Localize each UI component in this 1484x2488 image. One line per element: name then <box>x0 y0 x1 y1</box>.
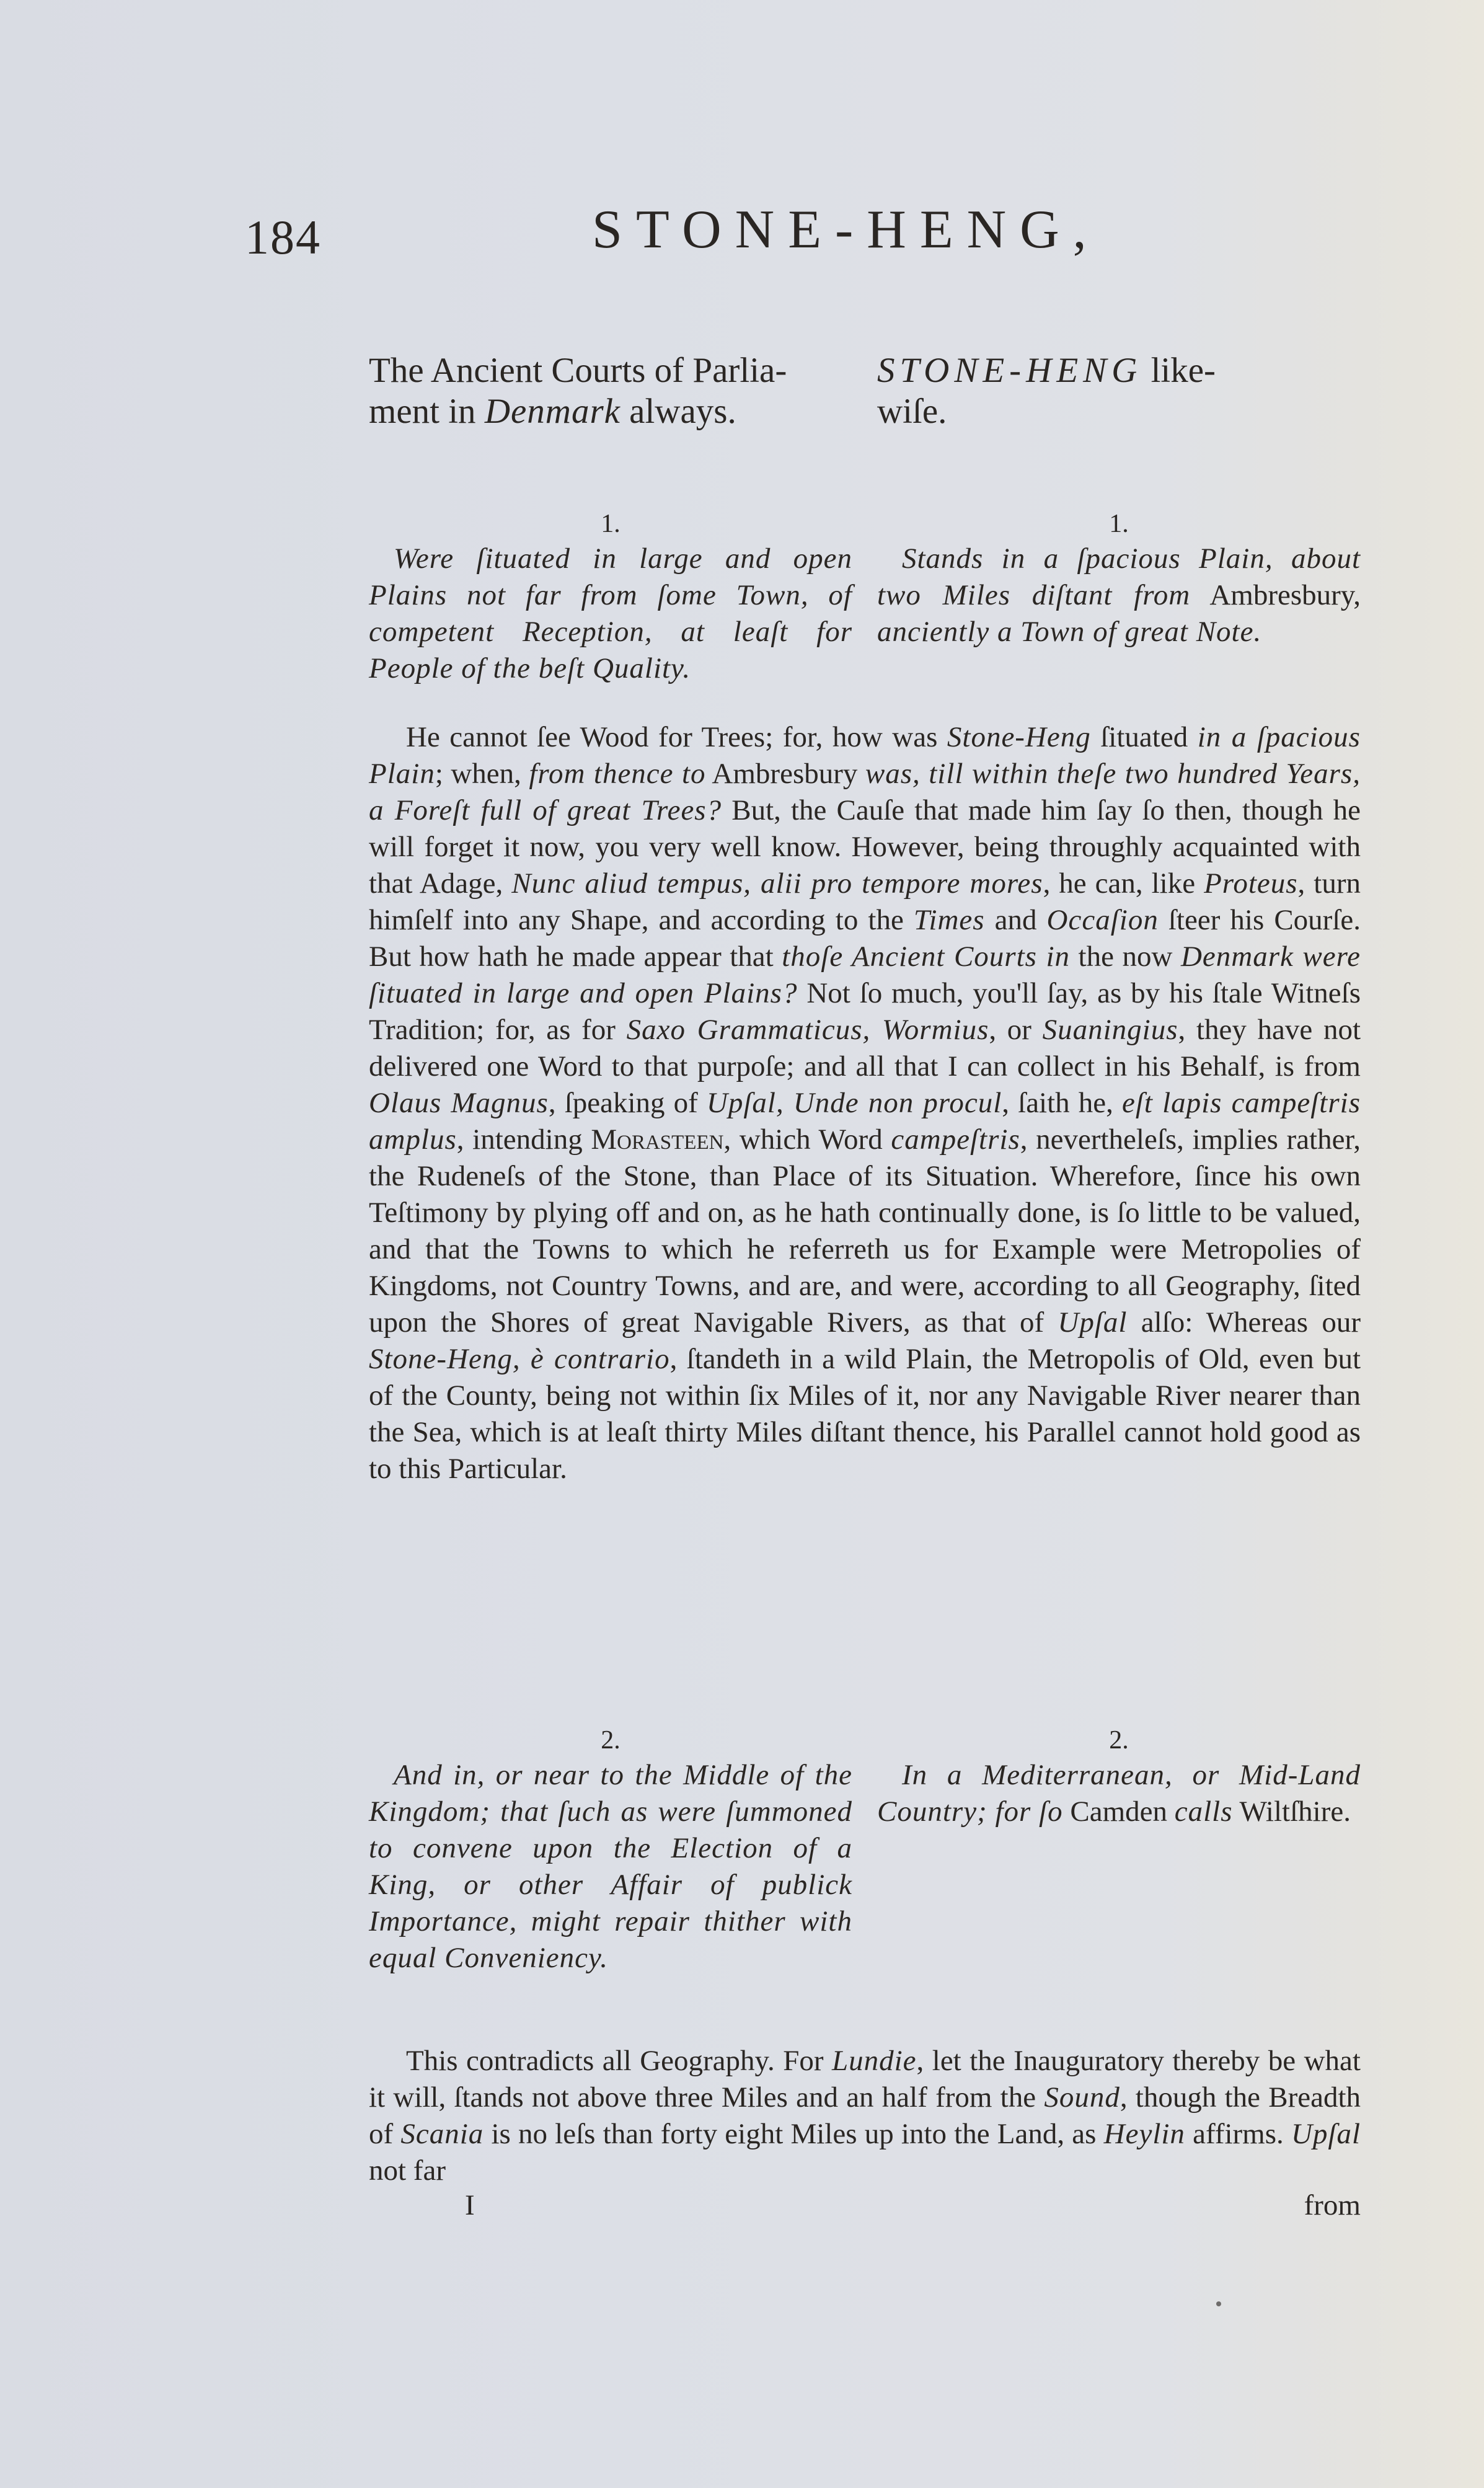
text-run: , ſpeaking of <box>549 1087 707 1119</box>
section-2-right-text: In a Mediterranean, or Mid-Land Country;… <box>877 1757 1361 1830</box>
text-run: Olaus Magnus <box>369 1087 549 1119</box>
section-1-right-text: Stands in a ſpacious Plain, about two Mi… <box>877 541 1361 650</box>
section-1-left: 1. Were ſituated in large and open Plain… <box>369 507 852 687</box>
text-run: , which Word <box>723 1123 891 1156</box>
text-run: Occaſion <box>1047 904 1159 936</box>
running-head: 184 STONE-HENG, <box>245 198 1361 279</box>
section-number: 2. <box>369 1724 852 1757</box>
text-run: alſo: Whereas our <box>1127 1306 1361 1339</box>
text-run: campeſtris <box>891 1123 1020 1156</box>
text-run: , he can, like <box>1043 867 1204 900</box>
text-span: calls <box>1175 1795 1233 1828</box>
page-title: STONE-HENG, <box>592 198 1100 261</box>
heading-right-italic: STONE-HENG <box>877 351 1142 390</box>
text-span: Ambresbury, <box>1190 579 1361 611</box>
section-number: 2. <box>877 1724 1361 1757</box>
section-1: 1. Were ſituated in large and open Plain… <box>369 507 1361 687</box>
text-run: Morasteen <box>591 1123 723 1156</box>
text-run: Lundie <box>832 2045 917 2077</box>
body-paragraph-1: He cannot ſee Wood for Trees; for, how w… <box>369 719 1361 1487</box>
section-1-right: 1. Stands in a ſpacious Plain, about two… <box>877 507 1361 687</box>
text-run: and <box>985 904 1047 936</box>
text-run: Upſal <box>1058 1306 1127 1339</box>
page-number: 184 <box>245 210 321 265</box>
paragraph-text: He cannot ſee Wood for Trees; for, how w… <box>369 719 1361 1487</box>
text-run: Suaningius <box>1043 1014 1178 1046</box>
catchword: from <box>1304 2189 1361 2222</box>
text-span: anciently a Town of great Note. <box>877 616 1261 648</box>
text-run: Upſal <box>1291 2118 1361 2150</box>
heading-right-line2: wiſe. <box>877 392 947 431</box>
left-column-heading: The Ancient Courts of Parlia- ment in De… <box>369 350 852 432</box>
heading-left-line2-end: always. <box>621 392 736 431</box>
section-2-right: 2. In a Mediterranean, or Mid-Land Count… <box>877 1724 1361 1977</box>
heading-left-italic: Denmark <box>485 392 621 431</box>
right-column-heading: STONE-HENG like- wiſe. <box>877 350 1361 432</box>
text-run: ; when, <box>435 758 529 790</box>
heading-right-line1-end: like- <box>1142 351 1216 390</box>
text-run: Stone-Heng, è contrario <box>369 1343 670 1375</box>
text-run: Stone-Heng <box>947 721 1091 753</box>
book-page: 184 STONE-HENG, The Ancient Courts of Pa… <box>0 0 1484 2488</box>
section-number: 1. <box>877 507 1361 541</box>
text-run: Saxo Grammaticus, Wormius <box>627 1014 989 1046</box>
text-run: from thence to <box>529 758 705 790</box>
text-run: Times <box>914 904 985 936</box>
text-run: ſituated <box>1091 721 1198 753</box>
text-run: is no leſs than forty eight Miles up int… <box>484 2118 1103 2150</box>
text-run: affirms. <box>1185 2118 1291 2150</box>
text-run: This contradicts all Geography. For <box>406 2045 832 2077</box>
body-paragraph-2: This contradicts all Geography. For Lund… <box>369 2043 1361 2189</box>
text-run: Sound <box>1044 2081 1120 2114</box>
text-run: thoſe Ancient Courts in <box>782 941 1070 973</box>
heading-left-line1: The Ancient Courts of Parlia- <box>369 351 787 390</box>
ink-speck <box>1216 2301 1221 2306</box>
text-run: He cannot ſee Wood for Trees; for, how w… <box>406 721 947 753</box>
signature-mark: I <box>465 2189 475 2222</box>
text-span: Wiltſhire. <box>1233 1795 1351 1828</box>
text-run: Proteus <box>1204 867 1297 900</box>
section-2: 2. And in, or near to the Middle of the … <box>369 1724 1361 1977</box>
text-run: , ſaith he, <box>1002 1087 1122 1119</box>
column-headings: The Ancient Courts of Parlia- ment in De… <box>369 350 1361 432</box>
section-2-left-text: And in, or near to the Middle of the Kin… <box>369 1757 852 1977</box>
text-run: not far <box>369 2154 446 2187</box>
text-run: Heylin <box>1104 2118 1185 2150</box>
section-2-left: 2. And in, or near to the Middle of the … <box>369 1724 852 1977</box>
text-run: Nunc aliud tempus, alii pro tempore more… <box>511 867 1043 900</box>
text-run: Upſal, Unde non procul <box>707 1087 1002 1119</box>
text-run: the now <box>1070 941 1181 973</box>
section-1-left-text: Were ſituated in large and open Plains n… <box>369 541 852 687</box>
text-run: Scania <box>400 2118 484 2150</box>
heading-left-line2: ment in <box>369 392 485 431</box>
section-number: 1. <box>369 507 852 541</box>
paragraph-text: This contradicts all Geography. For Lund… <box>369 2043 1361 2189</box>
text-run: , intending <box>457 1123 591 1156</box>
text-run: Ambresbury <box>706 758 865 790</box>
text-run: , or <box>989 1014 1042 1046</box>
text-span: Camden <box>1063 1795 1175 1828</box>
